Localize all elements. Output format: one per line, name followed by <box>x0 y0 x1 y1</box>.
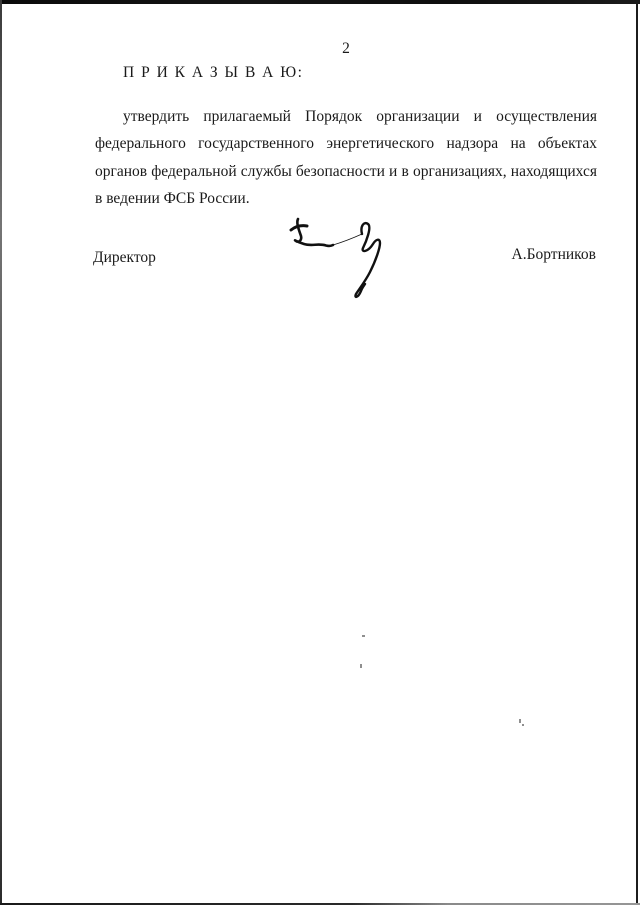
paragraph-line: утвердить прилагаемый Порядок организаци… <box>95 103 597 130</box>
paragraph-line: в ведении ФСБ России. <box>95 185 597 212</box>
scan-speck <box>519 719 521 723</box>
paragraph-line: органов федеральной службы безопасности … <box>95 158 597 185</box>
scan-edge-left <box>0 0 2 905</box>
scan-edge-top <box>0 0 640 4</box>
order-paragraph: утвердить прилагаемый Порядок организаци… <box>95 103 597 213</box>
signatory-name: А.Бортников <box>95 246 596 264</box>
paragraph-line: федерального государственного энергетиче… <box>95 130 597 157</box>
order-heading: П Р И К А З Ы В А Ю: <box>123 64 303 82</box>
scan-speck <box>522 724 524 726</box>
scan-speck <box>362 635 365 637</box>
scanned-document-page: 2 П Р И К А З Ы В А Ю: утвердить прилага… <box>0 0 640 905</box>
scan-speck <box>360 664 362 668</box>
page-number: 2 <box>95 40 597 58</box>
scan-edge-right <box>636 0 638 905</box>
